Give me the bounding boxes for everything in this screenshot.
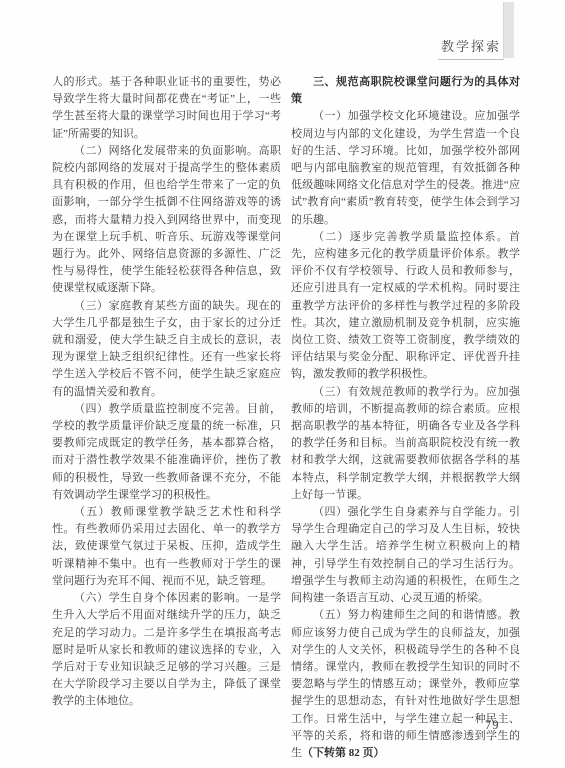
journal-page: 教学探索 人的形式。基于各种职业证书的重要性，势必导致学生将大量时间都花费在“考… — [0, 0, 565, 768]
paragraph: （二）网络化发展带来的负面影响。高职院校内部网络的发展对于提高学生的整体素质具有… — [52, 143, 281, 298]
section-heading: 三、规范高职院校课堂问题行为的具体对策 — [291, 74, 520, 108]
continuation-note: （下转第 82 页） — [302, 747, 385, 759]
section-label: 教学探索 — [438, 36, 504, 60]
paragraph: （二）逐步完善教学质量监控体系。首先，应构建多元化的教学质量评价体系。教学评价不… — [291, 229, 520, 384]
left-column: 人的形式。基于各种职业证书的重要性，势必导致学生将大量时间都花费在“考证”上，一… — [52, 74, 281, 762]
paragraph: （三）有效规范教师的教学行为。应加强教师的培训，不断提高教师的综合素质。应根据高… — [291, 384, 520, 504]
right-column: 三、规范高职院校课堂问题行为的具体对策 （一）加强学校文化环境建设。应加强学校周… — [291, 74, 520, 762]
paragraph: （一）加强学校文化环境建设。应加强学校周边与内部的文化建设，为学生营造一个良好的… — [291, 108, 520, 228]
page-number: 79 — [485, 718, 500, 733]
header-tab-bar — [503, 2, 514, 58]
paragraph: （四）强化学生自身素养与自学能力。引导学生合理确定自己的学习及人生目标，较快融入… — [291, 504, 520, 607]
paragraph: （六）学生自身个体因素的影响。一是学生升入大学后不用面对继续升学的压力，缺乏充足… — [52, 590, 281, 710]
paragraph: （三）家庭教育某些方面的缺失。现在的大学生几乎都是独生子女，由于家长的过分迁就和… — [52, 298, 281, 401]
paragraph: 人的形式。基于各种职业证书的重要性，势必导致学生将大量时间都花费在“考证”上，一… — [52, 74, 281, 143]
paragraph: （五）教师课堂教学缺乏艺术性和科学性。有些教师仍采用过去固化、单一的教学方法，致… — [52, 504, 281, 590]
paragraph-text: （五）努力构建师生之间的和谐情感。教师应该努力使自己成为学生的良师益友，加强对学… — [291, 609, 520, 759]
article-body: 人的形式。基于各种职业证书的重要性，势必导致学生将大量时间都花费在“考证”上，一… — [52, 74, 520, 762]
paragraph: （四）教学质量监控制度不完善。目前，学校的教学质量评价缺乏度量的统一标准，只要教… — [52, 401, 281, 504]
paragraph: （五）努力构建师生之间的和谐情感。教师应该努力使自己成为学生的良师益友，加强对学… — [291, 607, 520, 762]
